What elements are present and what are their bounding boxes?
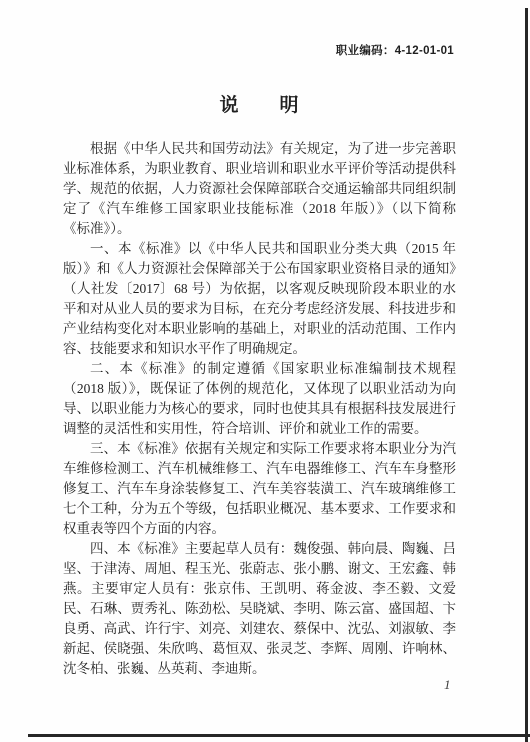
document-body: 根据《中华人民共和国劳动法》有关规定，为了进一步完善职业标准体系，为职业教育、职…	[63, 139, 456, 679]
paragraph-intro: 根据《中华人民共和国劳动法》有关规定，为了进一步完善职业标准体系，为职业教育、职…	[63, 139, 456, 239]
paragraph-item-4: 四、本《标准》主要起草人员有：魏俊强、韩向晨、陶巍、吕坚、于津涛、周旭、程玉光、…	[63, 539, 456, 679]
scan-edge-right	[525, 8, 528, 742]
document-page: 职业编码：4-12-01-01 说 明 根据《中华人民共和国劳动法》有关规定，为…	[0, 0, 530, 742]
page-title: 说 明	[63, 90, 456, 117]
page-number: 1	[444, 677, 451, 693]
paragraph-item-3: 三、本《标准》依据有关规定和实际工作要求将本职业分为汽车维修检测工、汽车机械维修…	[63, 439, 456, 539]
scan-edge-bottom	[28, 734, 530, 737]
occupation-code: 职业编码：4-12-01-01	[336, 42, 454, 58]
paragraph-item-1: 一、本《标准》以《中华人民共和国职业分类大典（2015 年版）》和《人力资源社会…	[63, 239, 456, 359]
paragraph-item-2: 二、本《标准》的制定遵循《国家职业标准编制技术规程（2018 版）》，既保证了体…	[63, 359, 456, 439]
